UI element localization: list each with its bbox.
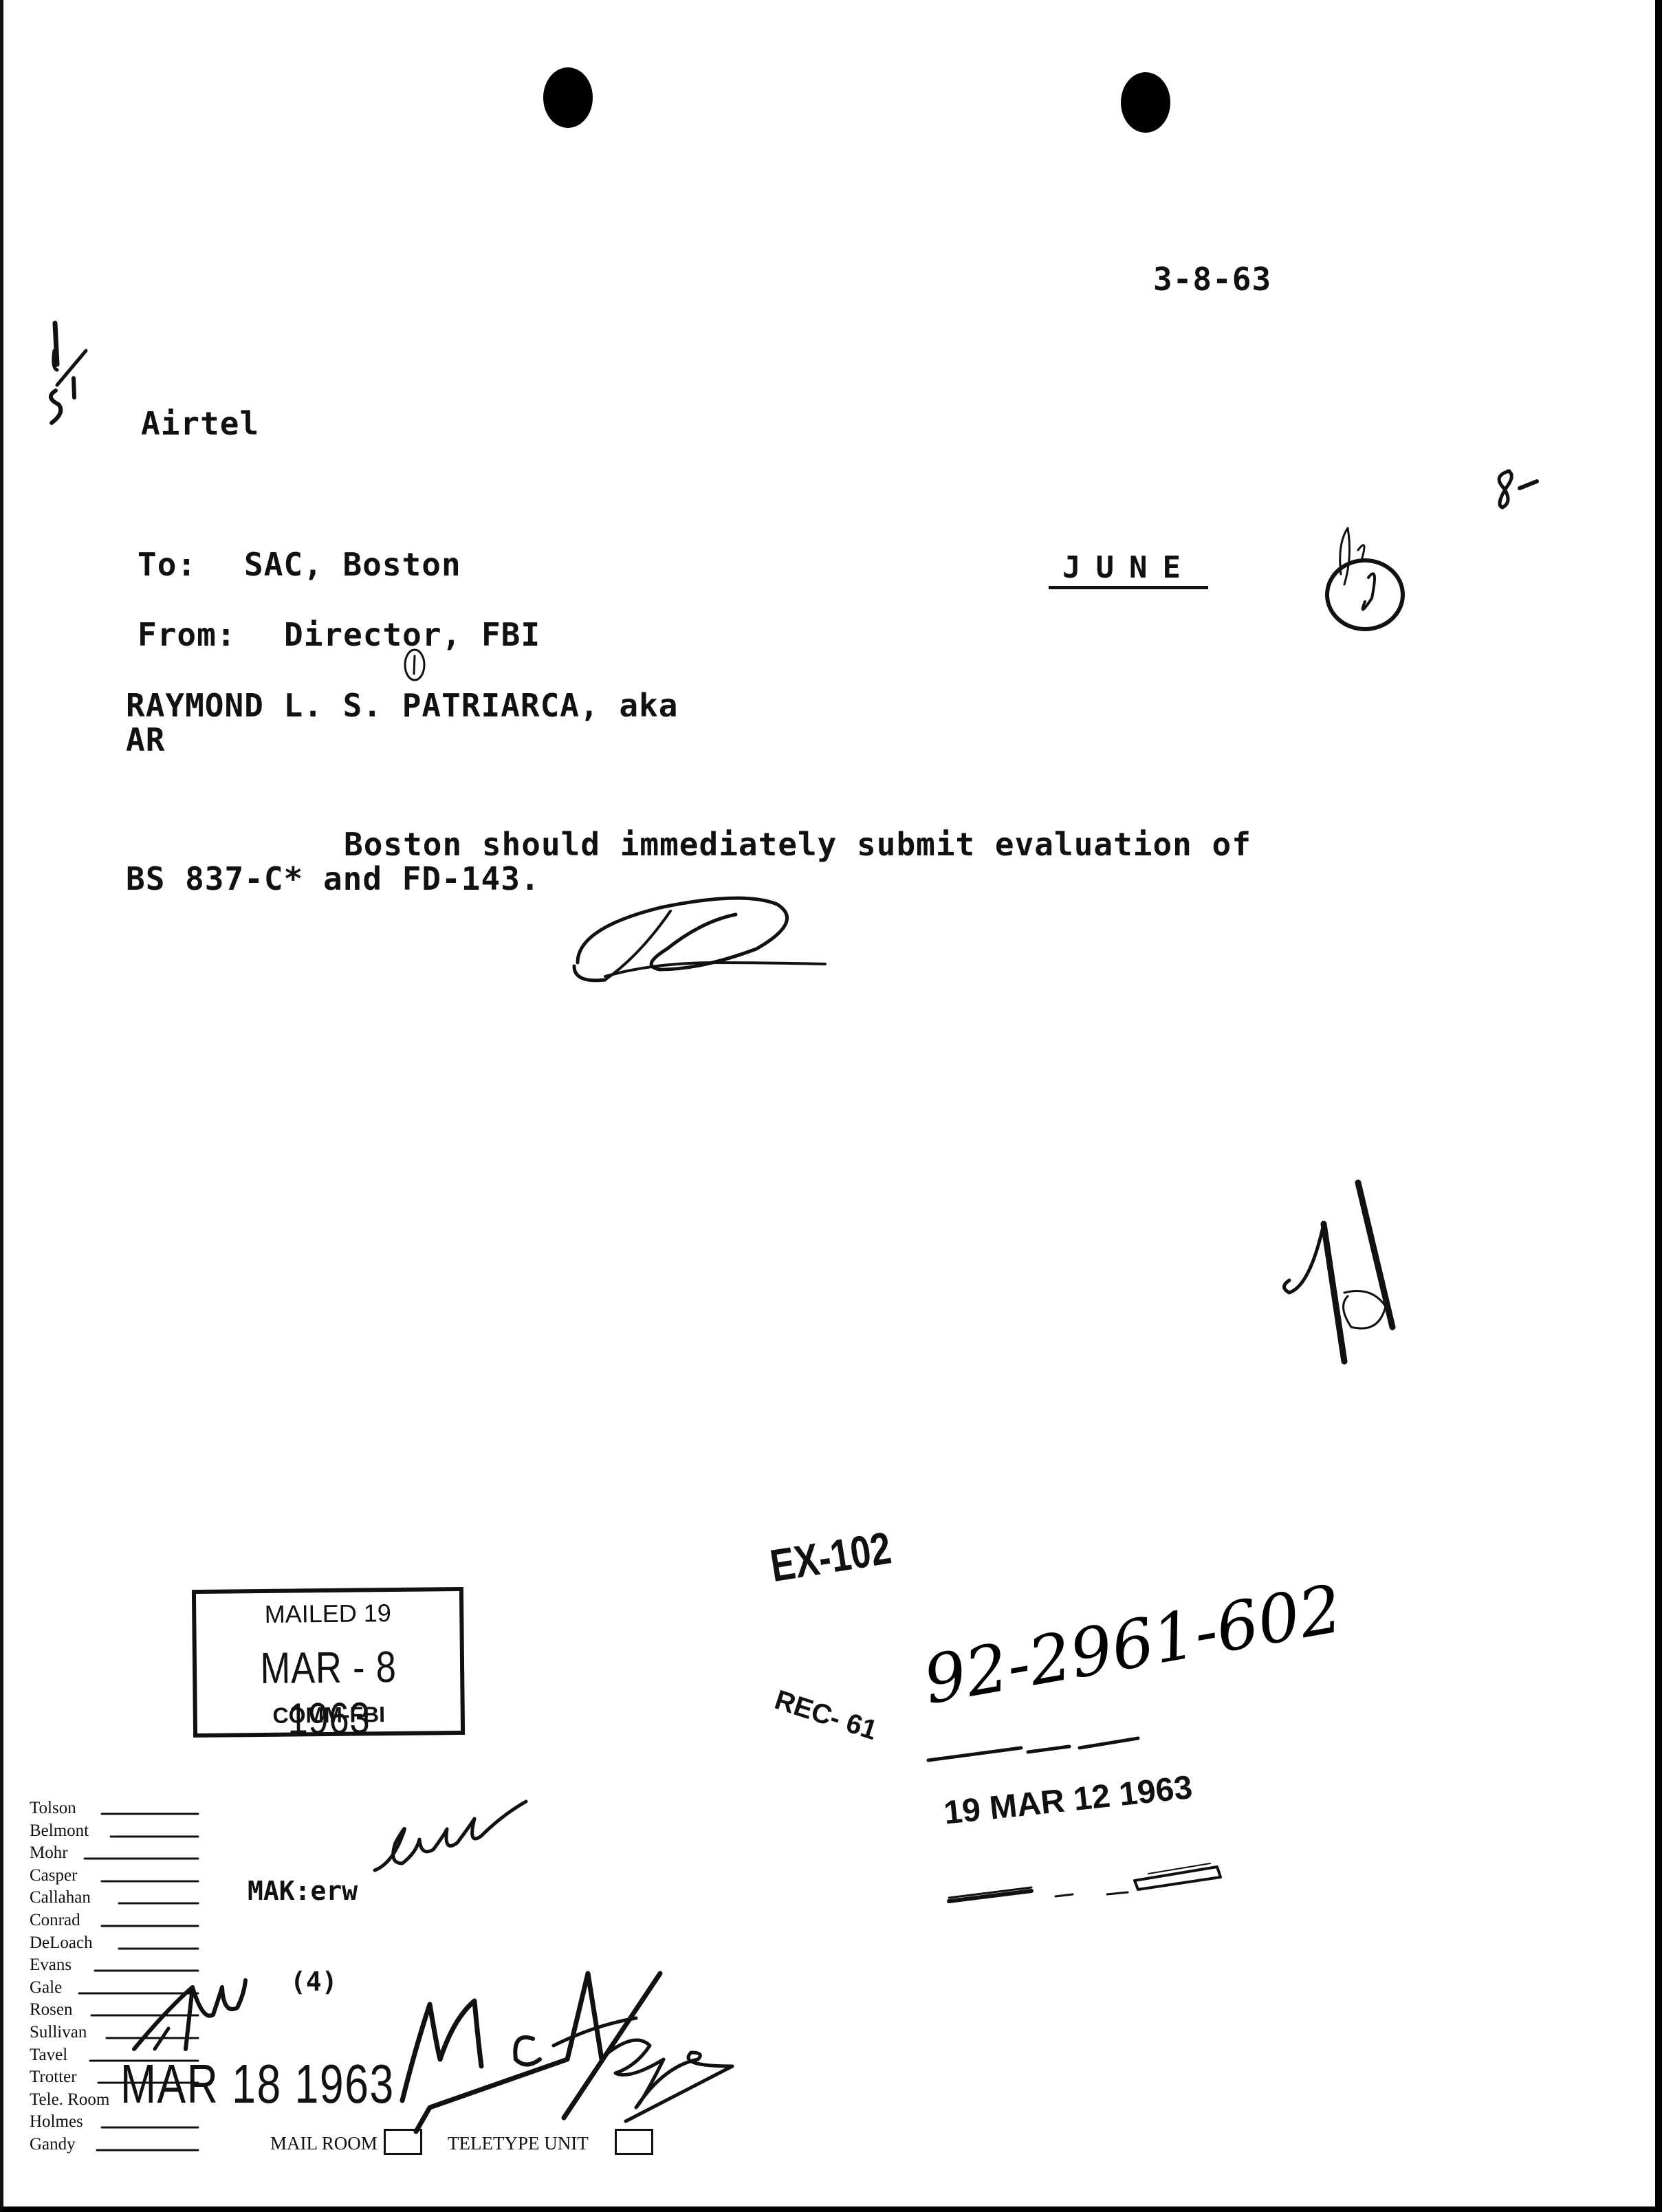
document-type-label: Airtel (141, 406, 259, 441)
file-number: 92-2961-602 (918, 1570, 1348, 1719)
routing-row: Belmont (30, 1821, 198, 1843)
routing-name: Tele. Room (30, 2090, 109, 2110)
mailed-stamp-line-3: COMM-FBI (197, 1701, 461, 1729)
routing-row: Casper (30, 1865, 198, 1888)
mail-room-checkbox[interactable] (384, 2129, 422, 2155)
circled-initials-icon (1317, 523, 1406, 639)
recorded-date-lines-icon (942, 1843, 1258, 1912)
june-underline (1049, 586, 1208, 589)
document-page: 3-8-63 Airtel To: SAC, Boston From: Dire… (0, 0, 1662, 2212)
routing-row: Mohr (30, 1843, 198, 1865)
june-stamp: JUNE (1062, 550, 1196, 585)
routing-name: Tolson (30, 1798, 76, 1819)
subject-line-2: AR (126, 722, 165, 758)
initial-flourish-icon (564, 887, 839, 1011)
circled-one-icon (401, 646, 428, 684)
routing-row: Gandy (30, 2134, 198, 2157)
mailed-stamp: MAILED 19 MAR - 8 1963 COMM-FBI (192, 1587, 465, 1738)
recorded-date-stamp: 19 MAR 12 1963 (942, 1768, 1194, 1832)
routing-name: Evans (30, 1955, 72, 1975)
routing-name: Callahan (30, 1887, 91, 1908)
routing-name: Casper (30, 1865, 77, 1886)
ex-number-stamp: EX-102 (767, 1521, 895, 1592)
routing-name: Tavel (30, 2045, 67, 2066)
to-label: To: (138, 547, 197, 582)
erw-signature-icon (364, 1788, 536, 1877)
routing-name: Gale (30, 1978, 62, 1998)
routing-row: Conrad (30, 1910, 198, 1933)
routing-name: Holmes (30, 2112, 83, 2132)
routing-name: Gandy (30, 2134, 76, 2155)
rec-stamp: REC- 61 (771, 1685, 881, 1746)
mail-room-label: MAIL ROOM (270, 2133, 378, 2154)
routing-name: Trotter (30, 2067, 77, 2088)
typist-initials-line-1: MAK:erw (248, 1876, 358, 1906)
from-label: From: (138, 617, 236, 653)
routing-name: Sullivan (30, 2022, 87, 2043)
teletype-unit-label: TELETYPE UNIT (448, 2133, 589, 2154)
mailed-stamp-line-2: MAR - 8 1963 (220, 1641, 437, 1744)
routing-name: Belmont (30, 1821, 89, 1841)
routing-name: Rosen (30, 2000, 73, 2020)
body-line-1: Boston should immediately submit evaluat… (344, 826, 1251, 862)
mcandrews-signature-icon (389, 1963, 767, 2128)
routing-row: DeLoach (30, 1933, 198, 1956)
subject-line-1: RAYMOND L. S. PATRIARCA, aka (126, 688, 678, 723)
routing-name: DeLoach (30, 1933, 93, 1953)
received-date-stamp: MAR 18 1963 (120, 2052, 395, 2116)
to-value: SAC, Boston (244, 547, 461, 582)
routing-row: Tolson (30, 1798, 198, 1821)
routing-name: Conrad (30, 1910, 80, 1931)
body-line-2: BS 837-C* and FD-143. (126, 861, 540, 897)
routing-row: Callahan (30, 1887, 198, 1910)
mailed-stamp-line-1: MAILED 19 (196, 1598, 459, 1630)
large-initials-icon (1269, 1169, 1406, 1375)
punch-hole-left (543, 67, 593, 128)
handwritten-number-icon (1489, 468, 1551, 516)
punch-hole-right (1121, 72, 1170, 133)
handwritten-note-icon (38, 309, 93, 426)
teletype-unit-checkbox[interactable] (615, 2129, 653, 2155)
file-number-underline-icon (925, 1726, 1145, 1767)
document-date: 3-8-63 (1153, 261, 1271, 297)
routing-name: Mohr (30, 1843, 68, 1863)
